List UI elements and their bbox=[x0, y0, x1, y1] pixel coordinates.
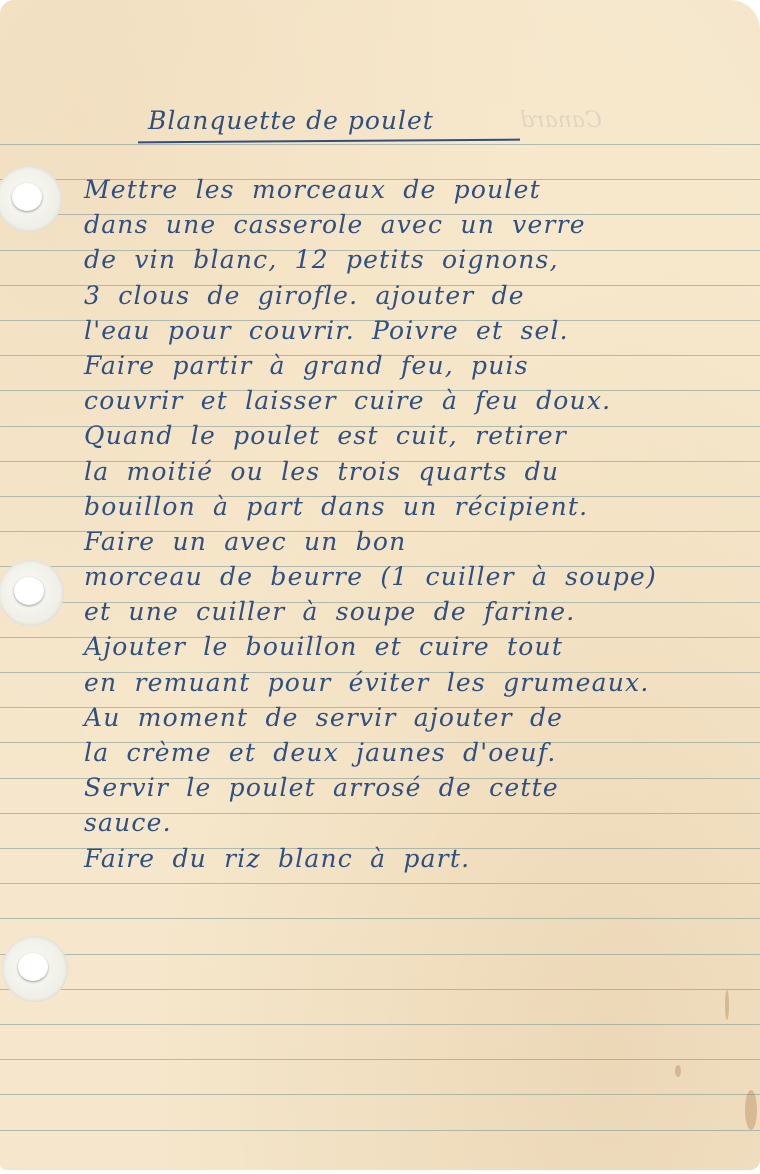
recipe-line: la moitié ou les trois quarts du bbox=[84, 454, 744, 489]
paper-stain bbox=[675, 1065, 681, 1077]
recipe-line: bouillon à part dans un récipient. bbox=[84, 489, 744, 524]
ruled-line bbox=[0, 1094, 760, 1095]
recipe-line: Quand le poulet est cuit, retirer bbox=[84, 418, 744, 453]
ring-hole-reinforcement-middle bbox=[0, 560, 64, 626]
ruled-line bbox=[0, 1059, 760, 1060]
recipe-line: et une cuiller à soupe de farine. bbox=[84, 594, 744, 629]
recipe-line: en remuant pour éviter les grumeaux. bbox=[84, 665, 744, 700]
recipe-body: Mettre les morceaux de pouletdans une ca… bbox=[84, 172, 744, 876]
paper-stain bbox=[745, 1090, 757, 1130]
bleed-through-text: Canard bbox=[520, 108, 602, 133]
ruled-line bbox=[0, 883, 760, 884]
recipe-line: Faire un avec un bon bbox=[84, 524, 744, 559]
ruled-line bbox=[0, 954, 760, 955]
ring-hole-icon bbox=[12, 183, 42, 211]
notebook-page: Canard Blanquette de poulet Mettre les m… bbox=[0, 0, 760, 1170]
ruled-line bbox=[0, 144, 760, 145]
recipe-title: Blanquette de poulet bbox=[148, 106, 434, 135]
recipe-line: Mettre les morceaux de poulet bbox=[84, 172, 744, 207]
ring-hole-reinforcement-bottom bbox=[2, 936, 68, 1002]
recipe-line: l'eau pour couvrir. Poivre et sel. bbox=[84, 313, 744, 348]
recipe-line: Au moment de servir ajouter de bbox=[84, 700, 744, 735]
recipe-line: la crème et deux jaunes d'oeuf. bbox=[84, 735, 744, 770]
recipe-line: couvrir et laisser cuire à feu doux. bbox=[84, 383, 744, 418]
ruled-line bbox=[0, 1130, 760, 1131]
recipe-line: 3 clous de girofle. ajouter de bbox=[84, 278, 744, 313]
ruled-line bbox=[0, 1024, 760, 1025]
ring-hole-icon bbox=[18, 953, 48, 981]
recipe-line: Servir le poulet arrosé de cette bbox=[84, 770, 744, 805]
recipe-line: Faire du riz blanc à part. bbox=[84, 841, 744, 876]
ring-hole-icon bbox=[14, 577, 44, 605]
recipe-line: Faire partir à grand feu, puis bbox=[84, 348, 744, 383]
ruled-line bbox=[0, 918, 760, 919]
recipe-line: sauce. bbox=[84, 805, 744, 840]
recipe-line: de vin blanc, 12 petits oignons, bbox=[84, 242, 744, 277]
ruled-line bbox=[0, 989, 760, 990]
paper-stain bbox=[725, 990, 729, 1020]
recipe-line: morceau de beurre (1 cuiller à soupe) bbox=[84, 559, 744, 594]
recipe-line: Ajouter le bouillon et cuire tout bbox=[84, 629, 744, 664]
recipe-line: dans une casserole avec un verre bbox=[84, 207, 744, 242]
